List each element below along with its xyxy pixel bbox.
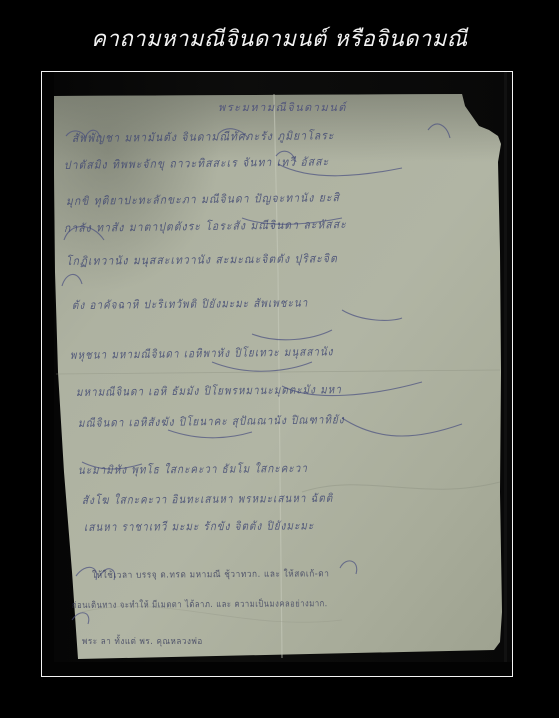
manuscript-line: มณีจินดา เอหิสังฆัง ปิโยนาคะ สุปัณณานัง … xyxy=(78,411,345,433)
manuscript-line: พหุชนา มหามณีจินดา เอหิพาหัง ปิโยเทวะ มน… xyxy=(70,343,334,365)
manuscript-note: ก่อนเดินทาง จะทำให้ มีเมตตา ได้ลาภ. และ … xyxy=(72,596,328,612)
manuscript-line: โกฏิเทวานัง มนุสสะเทวานัง สะมะณะจิตตัง ป… xyxy=(66,250,338,271)
manuscript-line: สังโฆ ใสกะคะวา อินทะเสนหา พรหมะเสนหา ฉัต… xyxy=(82,490,333,510)
manuscript-line: มุกขิ ทุติยาปะทะลักขะภา มณีจินดา ปัญจะทา… xyxy=(66,189,340,211)
manuscript-header: พระมหามณีจินดามนต์ xyxy=(218,98,347,116)
page-title: คาถามหามณีจินดามนต์ หรือจินดามณี xyxy=(0,22,559,58)
manuscript-note: ให้ใช้เวลา บรรจุ ด.ทรด มหามณี ชุ้วาทวก. … xyxy=(92,566,330,582)
photo-frame: พระมหามณีจินดามนต์ สัพพัญชา มหามันตัง จิ… xyxy=(41,71,513,677)
manuscript-line: มหามณีจินดา เอหิ ธัมมัง ปิโยพรหมานะมุตตะ… xyxy=(76,381,342,402)
manuscript-note: พระ ลา ทั้งแต่ พร. คุณหลวงพ่อ xyxy=(82,634,203,648)
manuscript-line: ปาตัสมิง ทิพพะจักขุ ถาวะทิสสะเร จันทา เท… xyxy=(64,153,329,175)
manuscript-line: เสนหา ราชาเทวี มะมะ รักขัง จิตตัง ปิยังม… xyxy=(84,517,314,537)
manuscript-line: นะมามิหัง พุทโธ ใสกะคะวา ธัมโม ใสกะคะวา xyxy=(78,460,308,480)
manuscript-line: สัพพัญชา มหามันตัง จินดามณีทัศภะรัง ภูมิ… xyxy=(72,127,335,148)
manuscript-line: ตัง อาคัจฉาหิ ปะริเทวัพติ ปิยังมะมะ สัพเ… xyxy=(72,295,309,315)
